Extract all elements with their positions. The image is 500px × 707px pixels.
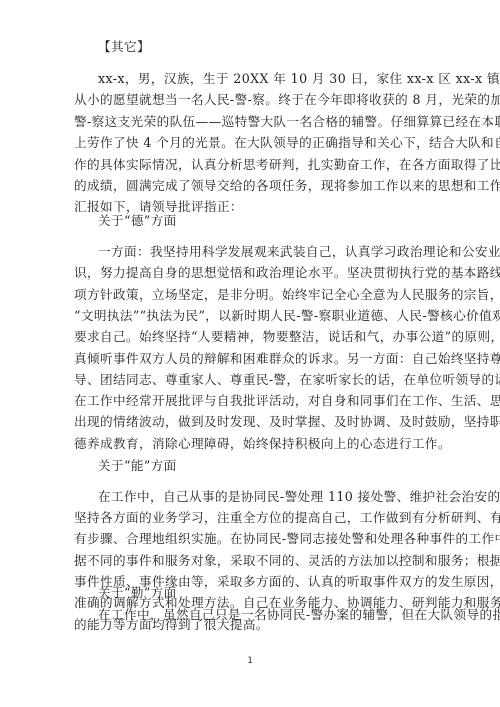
intro-line: 的成绩，圆满完成了领导交给的各项任务，现将参加工作以来的思想和工作情况 (74, 176, 500, 196)
de-line: 出现的情绪波动，做到及时发现、及时掌握、及时协调、及时鼓励，坚持职业道 (74, 412, 500, 432)
de-line: 真倾听事件双方人员的辩解和困难群众的诉求。另一方面：自己始终坚持尊重 领 (74, 349, 500, 369)
heading-neng: 关于“能”方面 (98, 456, 177, 476)
document-page: 【其它】 xx-x，男，汉族，生于 20XX 年 10 月 30 日，家住 xx… (0, 0, 500, 707)
heading-qin: 关于“勤”方面 (98, 583, 177, 603)
intro-line: 警-察这支光荣的队伍——巡特警大队一名合格的辅警。仔细算算已经在本职岗位 (74, 112, 500, 132)
intro-line: 从小的愿望就想当一名人民-警-察。终于在今年即将收获的 8 月，光荣的加入了 (74, 90, 500, 110)
de-line: 要求自己。始终坚持“人要精神，物要整洁，说话和气，办事公道”的原则， 认 (74, 327, 500, 347)
de-line: “文明执法”“执法为民”，以新时期人民-警-察职业道德、人民-警核心价值观严 格 (74, 306, 500, 326)
neng-line: 有步骤、合理地组织实施。在协同民-警同志接处警和处理各种事件的工作中，根 (74, 529, 500, 549)
neng-line: 据不同的事件和服务对象，采取不同的、灵活的方法加以控制和服务；根据不同的 (74, 551, 500, 571)
de-line: 导、团结同志、尊重家人、尊重民-警，在家听家长的话，在单位听领导的话， (74, 370, 500, 390)
page-number: 1 (0, 656, 500, 666)
section-label: 【其它】 (98, 37, 150, 57)
intro-line: 上劳作了快 4 个月的光景。在大队领导的正确指导和关心下，结合大队和自身工 (74, 133, 500, 153)
de-line: 一方面：我坚持用科学发展观来武装自己，认真学习政治理论和公安业务知 (98, 242, 500, 262)
de-line: 在工作中经常开展批评与自我批评活动，对自身和同事们在工作、生活、思想上 (74, 391, 500, 411)
de-line: 德养成教育，消除心理障碍，始终保持积极向上的心态进行工作。 (74, 434, 451, 454)
de-line: 识，努力提高自身的思想觉悟和政治理论水平。坚决贯彻执行党的基本路线和各 (74, 263, 500, 283)
de-line: 项方针政策，立场坚定，是非分明。始终牢记全心全意为人民服务的宗旨，坚决 (74, 285, 500, 305)
intro-line: xx-x，男，汉族，生于 20XX 年 10 月 30 日，家住 xx-x 区 … (98, 69, 500, 89)
neng-line: 在工作中，自己从事的是协同民-警处理 110 接处警、维护社会治安的工作。 (98, 487, 500, 507)
intro-line: 作的具体实际情况，认真分析思考研判，扎实勤奋工作，在各方面取得了比较好 (74, 155, 500, 175)
qin-line: 在工作中，虽然自己只是一名协同民-警办案的辅警，但在大队领导的指导和 (98, 605, 500, 625)
heading-de: 关于“德”方面 (98, 211, 177, 231)
neng-line: 坚持各方面的业务学习，注重全方位的提高自己，工作做到有分析研判、有计划、 (74, 508, 500, 528)
